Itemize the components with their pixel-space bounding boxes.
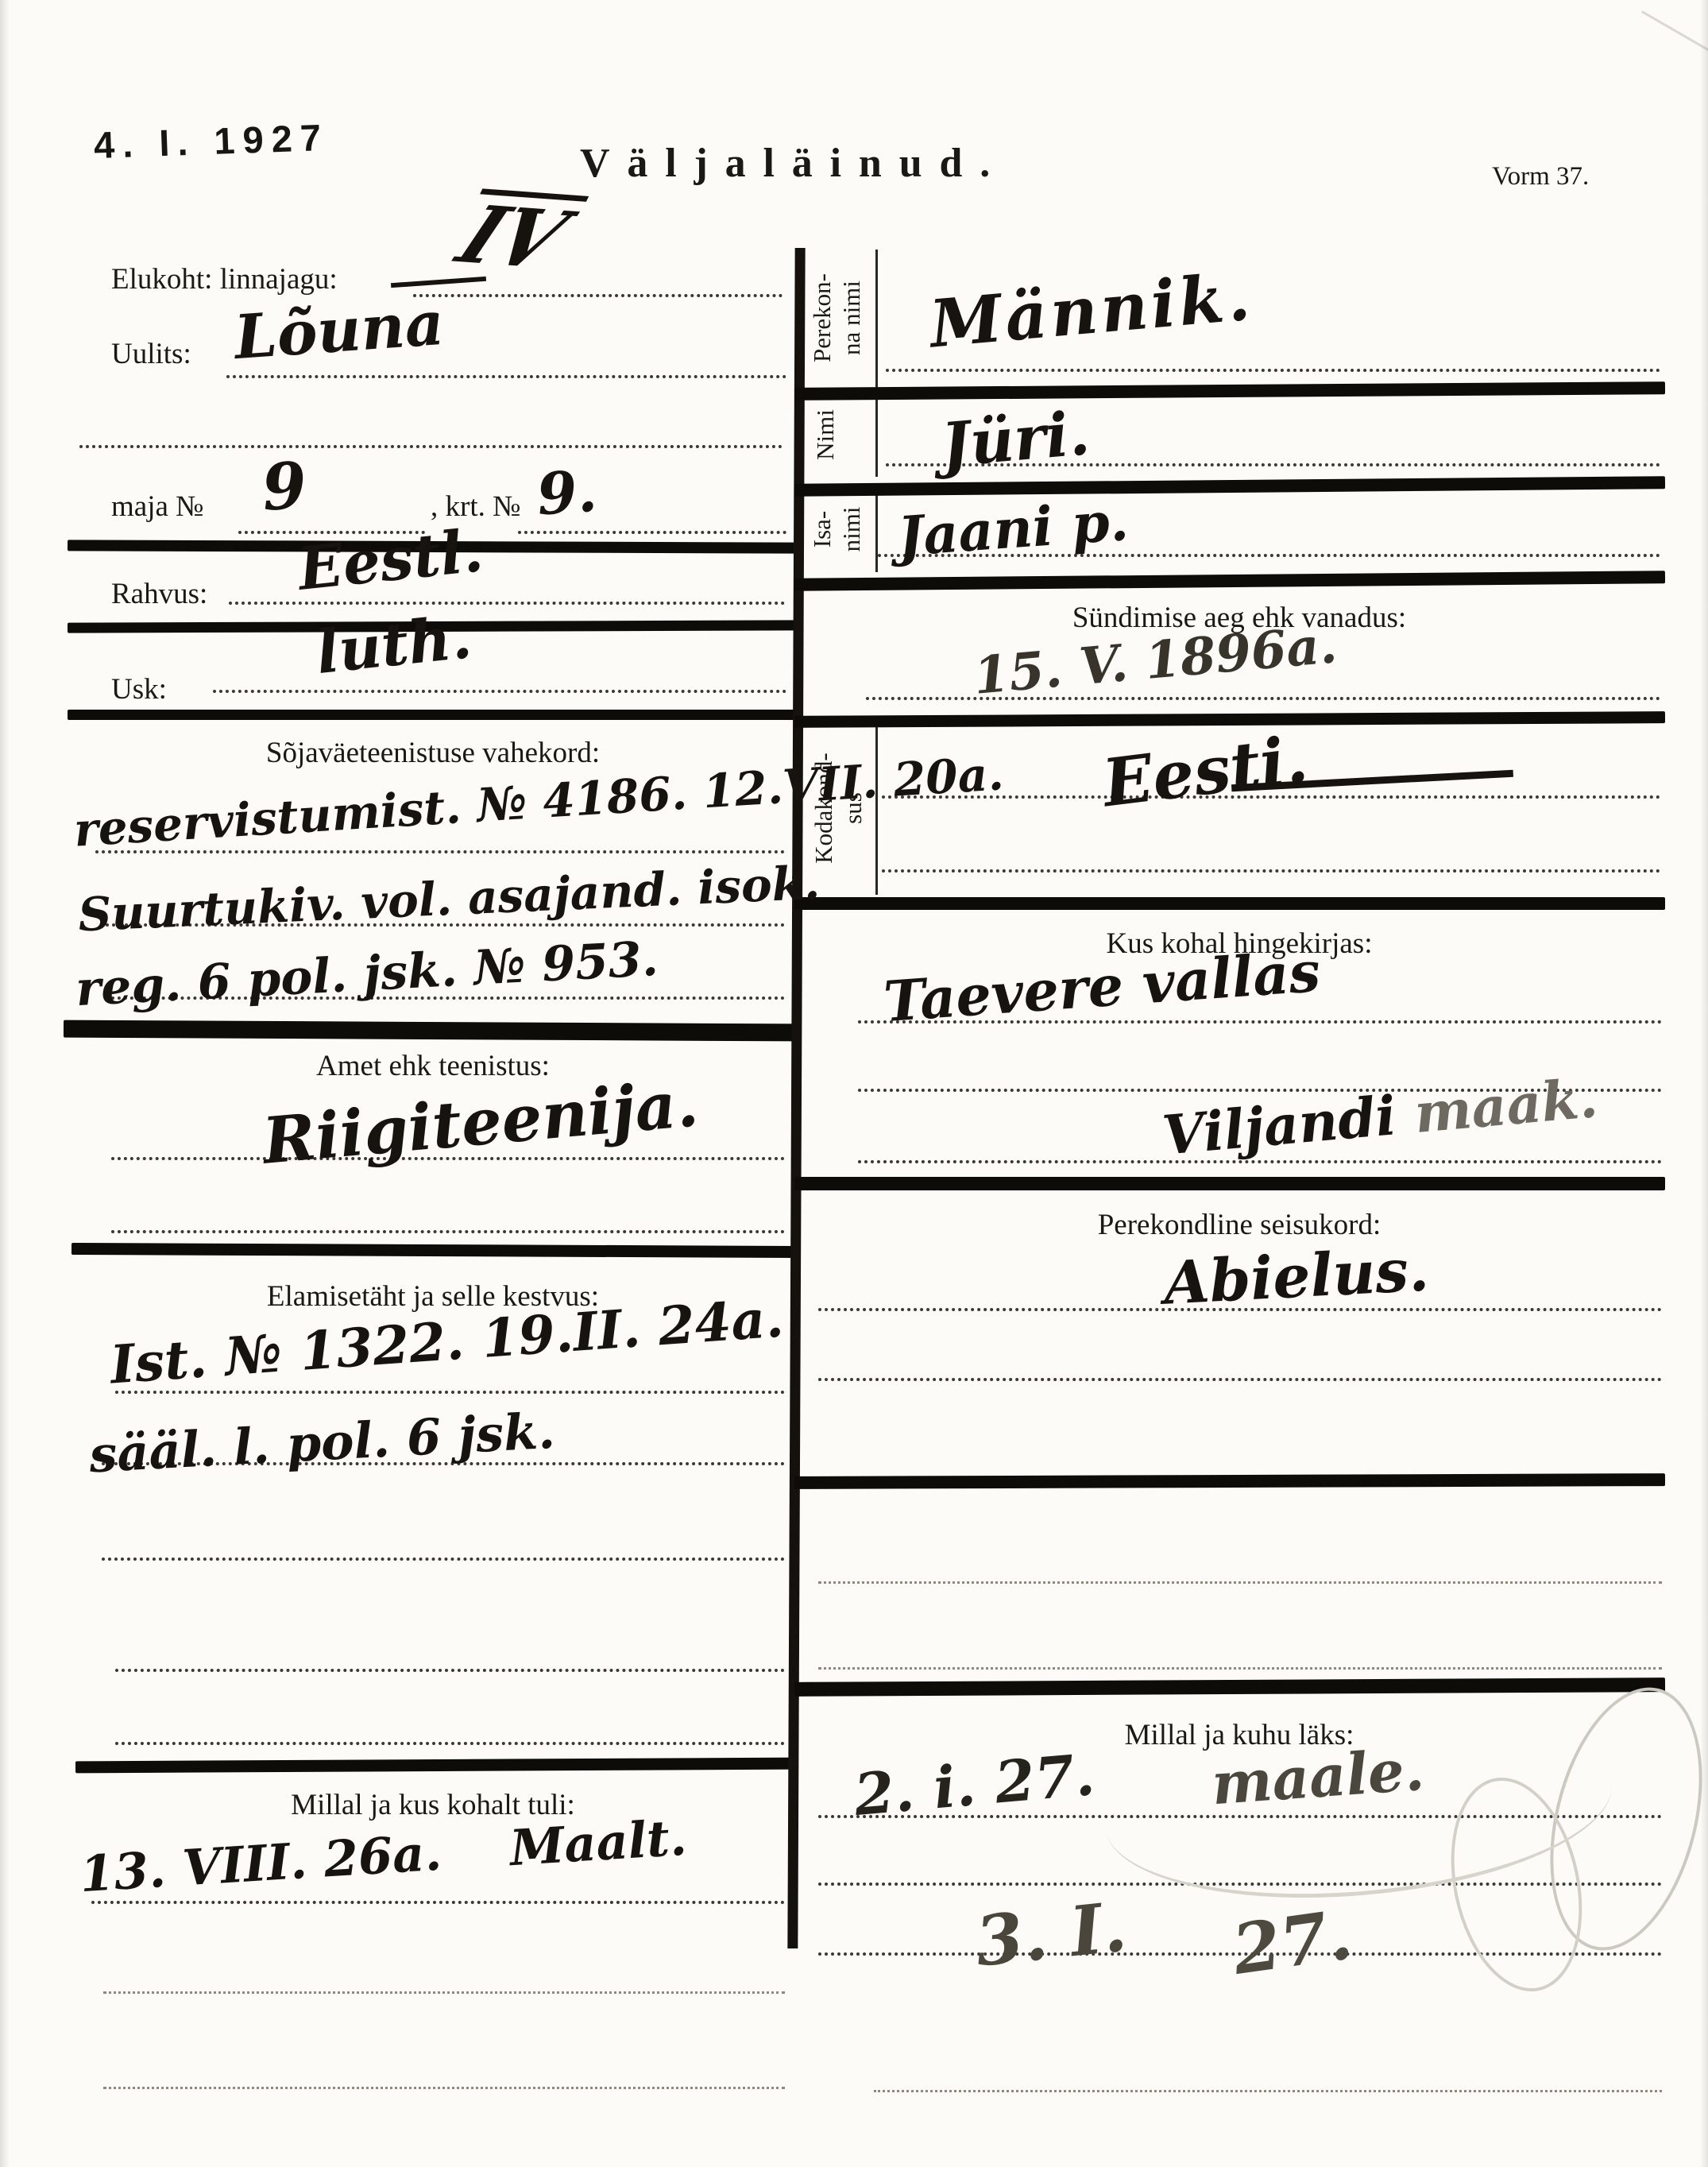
military-entry-line3: reg. 6 pol. jsk. № 953. (75, 935, 659, 1013)
hingekiri-county-abbrev: maak. (1412, 1066, 1600, 1146)
usk-entry: luth. (314, 608, 474, 683)
dotted-line (79, 445, 783, 448)
hingekiri-county: Viljandi (1160, 1082, 1417, 1167)
dotted-line (226, 375, 786, 378)
dotted-line (413, 294, 783, 297)
elamisetaht-entry-line2: sääl. l. pol. 6 jsk. (88, 1407, 556, 1480)
label-separator (875, 250, 878, 388)
fold-mark (1641, 10, 1708, 52)
laks-entry-date: 2. i. 27. (852, 1746, 1096, 1824)
dotted-line (103, 2087, 785, 2089)
isanimi-entry: Jaani p. (896, 494, 1130, 564)
label-line: Isa- (808, 484, 837, 575)
dotted-line (818, 1378, 1662, 1381)
nimi-entry: Jüri. (939, 403, 1092, 476)
dotted-line (103, 1991, 785, 1994)
section-rule (75, 1758, 798, 1774)
district-numeral-handwritten: IV (442, 188, 589, 281)
field-label-elukoht: Elukoht: linnajagu: (111, 262, 338, 296)
section-rule (794, 1473, 1665, 1489)
rotated-label-perekonnanimi: Perekon- na nimi (801, 248, 874, 388)
dotted-line (111, 1230, 785, 1233)
seisukord-entry: Abielus. (1162, 1240, 1430, 1313)
scan-edge-shadow (0, 0, 10, 2167)
rahvus-entry: Eestl. (296, 521, 486, 599)
section-rule (794, 476, 1665, 497)
laks-entry2-year: 27. (1229, 1901, 1356, 1985)
field-label-usk: Usk: (111, 672, 167, 706)
field-label-maja: maja № (111, 490, 203, 524)
dotted-line (518, 531, 786, 534)
dotted-line (115, 1742, 785, 1745)
rotated-label-isanimi: Isa- nimi (801, 484, 874, 575)
maja-number-entry: 9 (260, 453, 308, 520)
registration-card: 4. I. 1927 IV Väljaläinud. Vorm 37. Eluk… (0, 0, 1708, 2167)
label-separator (875, 391, 878, 477)
laks-entry2-date: 3. I. (972, 1893, 1130, 1976)
dotted-line (818, 1667, 1662, 1670)
label-line: na nimi (837, 248, 867, 388)
dotted-line (886, 369, 1660, 372)
section-rule (794, 571, 1665, 591)
hingekiri-entry-line2: Viljandi maak. (1080, 1017, 1604, 1223)
dotted-line (213, 690, 786, 693)
label-separator (875, 483, 878, 572)
section-rule (71, 1243, 798, 1258)
dotted-line (102, 1558, 785, 1561)
dotted-line (95, 850, 785, 853)
scan-edge-shadow (1700, 0, 1708, 2167)
dotted-line (818, 1581, 1662, 1584)
rotated-label-nimi: Nimi (801, 391, 850, 478)
form-number: Vorm 37. (1492, 162, 1589, 192)
field-label-rahvus: Rahvus: (111, 577, 207, 611)
dotted-line (882, 869, 1660, 873)
dotted-line (115, 1669, 785, 1672)
section-rule-thick (64, 1020, 798, 1042)
dotted-line (115, 1391, 785, 1394)
section-header-seisukord: Perekondline seisukord: (842, 1208, 1637, 1242)
section-rule (68, 710, 798, 720)
kodakondsus-entry: Eesti. (1099, 727, 1311, 817)
dotted-line (874, 2090, 1662, 2092)
section-rule (794, 381, 1665, 401)
label-line: nimi (837, 484, 867, 575)
dotted-line (91, 1901, 785, 1904)
krt-number-entry: 9. (535, 462, 599, 523)
perekonnanimi-entry: Männik. (927, 264, 1255, 357)
date-stamp: 4. I. 1927 (93, 115, 330, 167)
tuli-entry: 13. VIII. 26a. Maalt. (79, 1813, 688, 1900)
section-header-military: Sõjaväeteenistuse vahekord: (75, 736, 790, 770)
section-rule (794, 711, 1665, 728)
page-title: Väljaläinud. (580, 140, 1007, 187)
field-label-uulits: Uulits: (111, 337, 191, 371)
label-line: Perekon- (808, 248, 837, 388)
section-rule (794, 897, 1665, 910)
label-line: Nimi (811, 391, 840, 478)
section-rule (794, 1677, 1665, 1697)
uulits-entry: Lõuna (233, 293, 446, 368)
